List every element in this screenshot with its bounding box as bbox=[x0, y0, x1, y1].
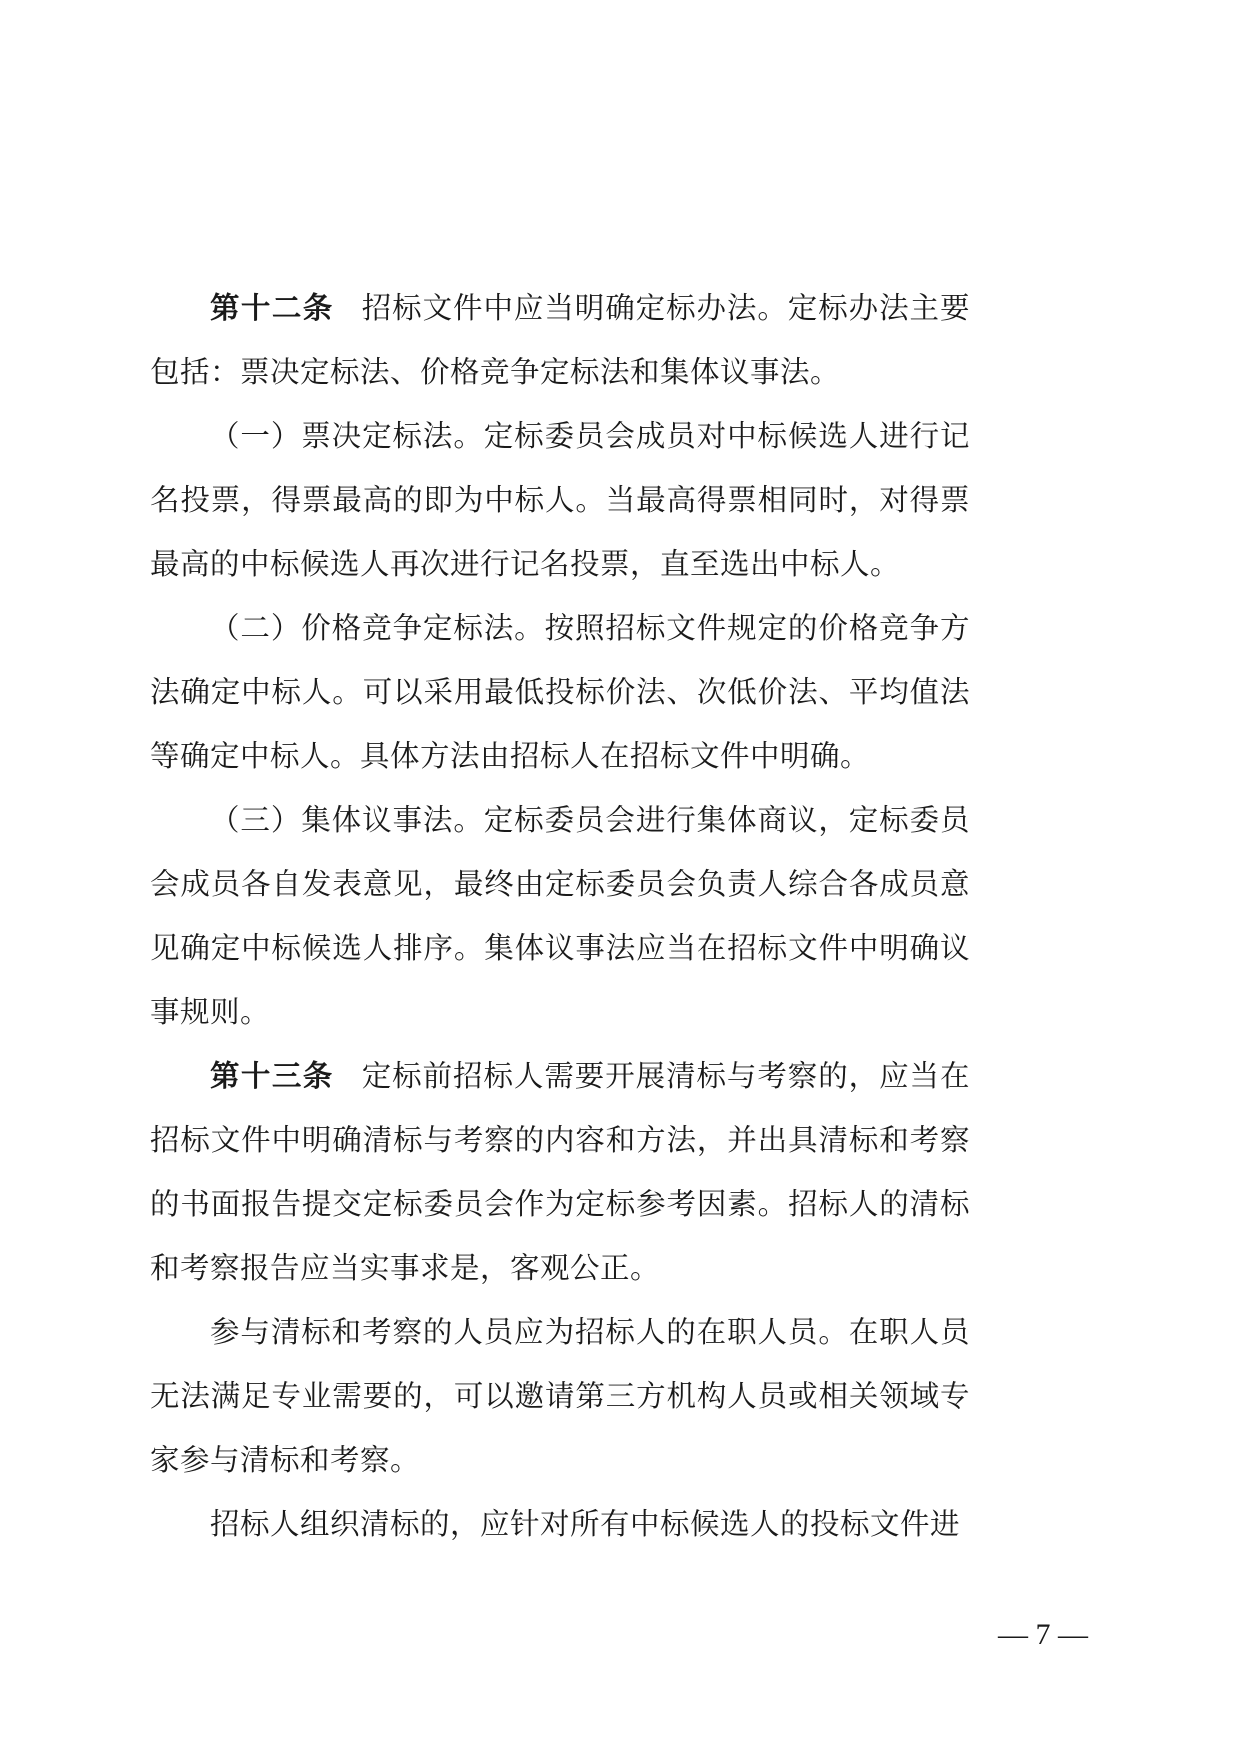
clearing-text: 招标人组织清标的，应针对所有中标候选人的投标文件进 bbox=[210, 1507, 960, 1541]
method-collective-paragraph: （三）集体议事法。定标委员会进行集体商议，定标委员会成员各自发表意见，最终由定标… bbox=[150, 788, 970, 1044]
method-vote-paragraph: （一）票决定标法。定标委员会成员对中标候选人进行记名投票，得票最高的即为中标人。… bbox=[150, 404, 970, 596]
method-collective-text: （三）集体议事法。定标委员会进行集体商议，定标委员会成员各自发表意见，最终由定标… bbox=[150, 803, 970, 1029]
clearing-paragraph: 招标人组织清标的，应针对所有中标候选人的投标文件进 bbox=[150, 1492, 970, 1556]
method-price-paragraph: （二）价格竞争定标法。按照招标文件规定的价格竞争方法确定中标人。可以采用最低投标… bbox=[150, 596, 970, 788]
method-price-text: （二）价格竞争定标法。按照招标文件规定的价格竞争方法确定中标人。可以采用最低投标… bbox=[150, 611, 970, 773]
participants-text: 参与清标和考察的人员应为招标人的在职人员。在职人员无法满足专业需要的，可以邀请第… bbox=[150, 1315, 970, 1477]
article-13-number: 第十三条 bbox=[210, 1059, 334, 1093]
document-body: 第十二条招标文件中应当明确定标办法。定标办法主要包括：票决定标法、价格竞争定标法… bbox=[150, 276, 970, 1556]
article-12-paragraph: 第十二条招标文件中应当明确定标办法。定标办法主要包括：票决定标法、价格竞争定标法… bbox=[150, 276, 970, 404]
page-number: — 7 — bbox=[998, 1618, 1088, 1652]
article-13-paragraph: 第十三条定标前招标人需要开展清标与考察的，应当在招标文件中明确清标与考察的内容和… bbox=[150, 1044, 970, 1300]
article-12-number: 第十二条 bbox=[210, 291, 334, 325]
method-vote-text: （一）票决定标法。定标委员会成员对中标候选人进行记名投票，得票最高的即为中标人。… bbox=[150, 419, 970, 581]
participants-paragraph: 参与清标和考察的人员应为招标人的在职人员。在职人员无法满足专业需要的，可以邀请第… bbox=[150, 1300, 970, 1492]
